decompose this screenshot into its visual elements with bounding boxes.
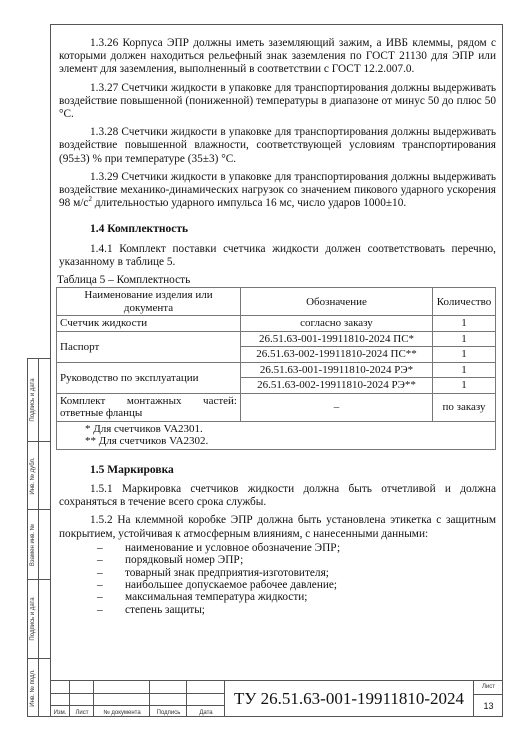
paragraph-1-5-1: 1.5.1 Маркировка счетчиков жидкости долж…: [59, 483, 496, 509]
label-data-list: –наименование и условное обозначение ЭПР…: [59, 542, 496, 616]
cell-qty: 1: [433, 331, 496, 347]
paragraph-1-3-28: 1.3.28 Счетчики жидкости в упаковке для …: [59, 126, 496, 166]
list-item: –товарный знак предприятия-изготовителя;: [59, 567, 496, 579]
list-item: –максимальная температура жидкости;: [59, 591, 496, 603]
table-caption: Таблица 5 – Комплектность: [57, 274, 496, 287]
col-change: Изм.: [50, 710, 70, 716]
paragraph-1-3-27: 1.3.27 Счетчики жидкости в упаковке для …: [59, 82, 496, 122]
side-stamp-cell: Подпись и дата: [28, 579, 50, 658]
cell-code: 26.51.63-002-19911810-2024 ПС**: [241, 347, 433, 363]
table-notes-row: * Для счетчиков VA2301. ** Для счетчиков…: [57, 421, 496, 449]
cell-name: Руководство по эксплуатации: [57, 362, 241, 393]
cell-qty: 1: [433, 347, 496, 363]
col-date: Дата: [187, 710, 225, 716]
cell-qty: 1: [433, 362, 496, 378]
table-row: Руководство по эксплуатации 26.51.63-001…: [57, 362, 496, 378]
list-item: –наименование и условное обозначение ЭПР…: [59, 542, 496, 554]
document-code: ТУ 26.51.63-001-19911810-2024: [225, 681, 473, 717]
side-stamp-cell: Инв. № дубл.: [28, 441, 50, 509]
cell-name: Комплект монтажных частей: ответные флан…: [57, 393, 241, 421]
list-item: –степень защиты;: [59, 604, 496, 616]
paragraph-1-3-29: 1.3.29 Счетчики жидкости в упаковке для …: [59, 171, 496, 211]
table-header-row: Наименование изделия или документа Обозн…: [57, 288, 496, 316]
table-note: ** Для счетчиков VA2302.: [85, 435, 492, 448]
completeness-table: Наименование изделия или документа Обозн…: [56, 287, 496, 450]
side-stamp-cell: Подпись и дата: [28, 359, 50, 441]
header-name: Наименование изделия или документа: [57, 288, 241, 316]
cell-qty: 1: [433, 316, 496, 332]
paragraph-1-3-26: 1.3.26 Корпуса ЭПР должны иметь заземляю…: [59, 37, 496, 77]
cell-name: Счетчик жидкости: [57, 316, 241, 332]
table-notes: * Для счетчиков VA2301. ** Для счетчиков…: [57, 421, 496, 449]
cell-name: Паспорт: [57, 331, 241, 362]
cell-code: 26.51.63-002-19911810-2024 РЭ**: [241, 378, 433, 394]
cell-code: 26.51.63-001-19911810-2024 РЭ*: [241, 362, 433, 378]
side-stamp: Подпись и дата Инв. № дубл. Взамен инв. …: [27, 358, 50, 717]
paragraph-1-5-2: 1.5.2 На клеммной коробке ЭПР должна быт…: [59, 514, 496, 540]
header-quantity: Количество: [433, 288, 496, 316]
table-row: Комплект монтажных частей: ответные флан…: [57, 393, 496, 421]
side-stamp-cell: Инв. № подл.: [28, 658, 50, 717]
header-designation: Обозначение: [241, 288, 433, 316]
table-note: * Для счетчиков VA2301.: [85, 423, 492, 436]
sheet-label: Лист: [474, 681, 503, 695]
cell-code: согласно заказу: [241, 316, 433, 332]
sheet-number: 13: [474, 695, 503, 717]
list-item: –наибольшее допускаемое рабочее давление…: [59, 579, 496, 591]
cell-code: –: [241, 393, 433, 421]
title-block: Изм. Лист № документа Подпись Дата ТУ 26…: [50, 680, 503, 717]
cell-qty: по заказу: [433, 393, 496, 421]
cell-code: 26.51.63-001-19911810-2024 ПС*: [241, 331, 433, 347]
col-doc-number: № документа: [94, 710, 150, 716]
section-heading-1-4: 1.4 Комплектность: [90, 223, 496, 236]
document-body: 1.3.26 Корпуса ЭПР должны иметь заземляю…: [59, 37, 496, 616]
table-row: Счетчик жидкости согласно заказу 1: [57, 316, 496, 332]
cell-qty: 1: [433, 378, 496, 394]
sheet-box: Лист 13: [473, 681, 503, 717]
paragraph-1-4-1: 1.4.1 Комплект поставки счетчика жидкост…: [59, 243, 496, 269]
side-stamp-cell: Взамен инв. №: [28, 509, 50, 579]
col-signature: Подпись: [150, 710, 187, 716]
list-item: –порядковый номер ЭПР;: [59, 554, 496, 566]
col-sheet: Лист: [70, 710, 94, 716]
table-row: Паспорт 26.51.63-001-19911810-2024 ПС* 1: [57, 331, 496, 347]
section-heading-1-5: 1.5 Маркировка: [90, 464, 496, 477]
